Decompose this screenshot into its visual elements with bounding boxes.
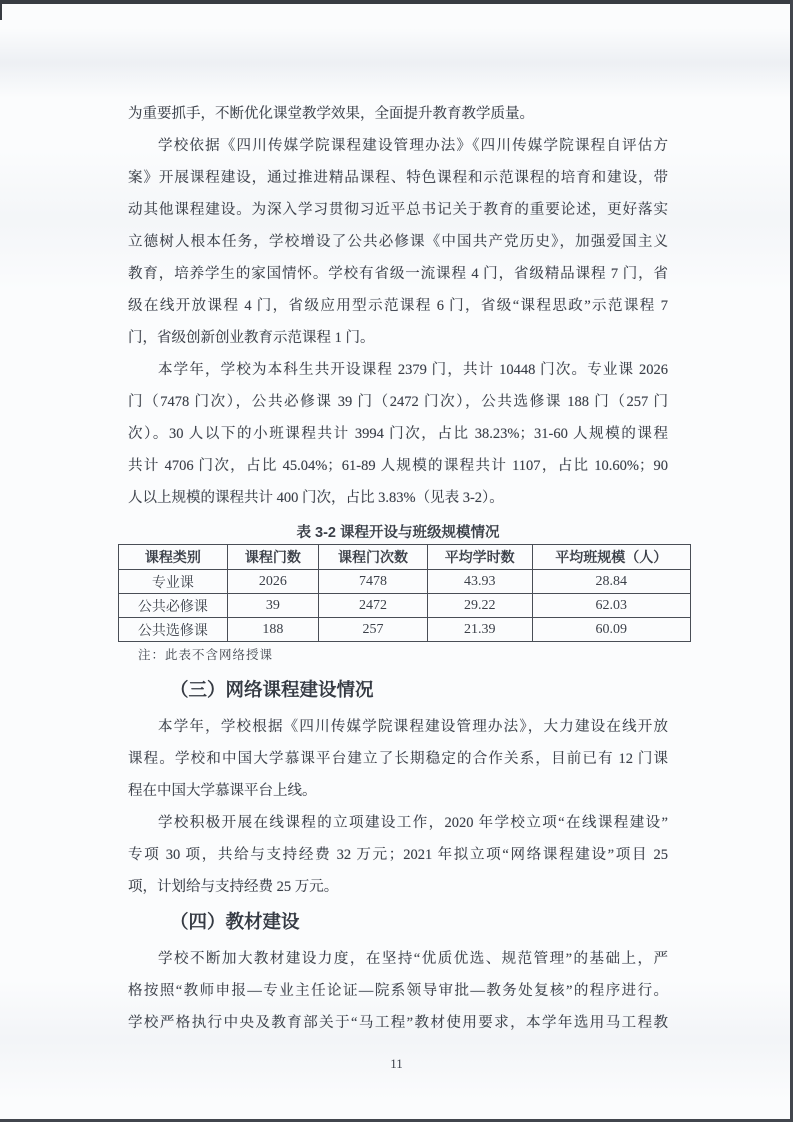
paragraph-line: 教育，培养学生的家国情怀。学校有省级一流课程 4 门，省级精品课程 7 门，省 (128, 258, 668, 290)
paragraph-line: 人以上规模的课程共计 400 门次，占比 3.83%（见表 3-2）。 (128, 482, 668, 514)
table-row: 公共选修课 188 257 21.39 60.09 (119, 618, 691, 642)
page-number: 11 (0, 1056, 793, 1072)
table-cell: 公共选修课 (119, 618, 228, 642)
table-cell: 43.93 (427, 570, 532, 594)
paragraph-line: 专项 30 项，共给与支持经费 32 万元；2021 年拟立项“网络课程建设”项… (128, 839, 668, 871)
table-row: 公共必修课 39 2472 29.22 62.03 (119, 594, 691, 618)
paragraph-line: 立德树人根本任务，学校增设了公共必修课《中国共产党历史》，加强爱国主义 (128, 226, 668, 258)
scanned-page-background: { "document": { "page_number": "11", "bo… (0, 0, 793, 1122)
table-header-cell: 平均学时数 (427, 545, 532, 570)
section-heading-network-courses: （三）网络课程建设情况 (128, 677, 668, 703)
table-header-cell: 课程门数 (227, 545, 319, 570)
paragraph-line: 学校积极开展在线课程的立项建设工作，2020 年学校立项“在线课程建设” (128, 807, 668, 839)
table-row: 专业课 2026 7478 43.93 28.84 (119, 570, 691, 594)
table-cell: 60.09 (532, 618, 690, 642)
table-cell: 2472 (319, 594, 428, 618)
table-caption: 表 3-2 课程开设与班级规模情况 (128, 522, 668, 544)
table-cell: 39 (227, 594, 319, 618)
scan-edge-left (0, 0, 2, 20)
paragraph-line: 案》开展课程建设，通过推进精品课程、特色课程和示范课程的培育和建设，带 (128, 162, 668, 194)
paragraph-line: 门，省级创新创业教育示范课程 1 门。 (128, 322, 668, 354)
paragraph-line: 为重要抓手，不断优化课堂教学效果，全面提升教育教学质量。 (128, 98, 668, 130)
table-cell: 29.22 (427, 594, 532, 618)
paragraph-line: 课程。学校和中国大学慕课平台建立了长期稳定的合作关系，目前已有 12 门课 (128, 743, 668, 775)
course-scale-table: 课程类别 课程门数 课程门次数 平均学时数 平均班规模（人） 专业课 2026 … (118, 544, 691, 642)
table-cell: 公共必修课 (119, 594, 228, 618)
table-header-cell: 平均班规模（人） (532, 545, 690, 570)
paragraph-line: 学校严格执行中央及教育部关于“马工程”教材使用要求，本学年选用马工程教 (128, 1007, 668, 1039)
paragraph-line: 动其他课程建设。为深入学习贯彻习近平总书记关于教育的重要论述，更好落实 (128, 194, 668, 226)
table-cell: 21.39 (427, 618, 532, 642)
scan-edge-top (0, 0, 793, 4)
table-cell: 188 (227, 618, 319, 642)
paragraph-line: 学校依据《四川传媒学院课程建设管理办法》《四川传媒学院课程自评估方 (128, 130, 668, 162)
table-header-cell: 课程门次数 (319, 545, 428, 570)
paragraph-line: 本学年，学校为本科生共开设课程 2379 门，共计 10448 门次。专业课 2… (128, 354, 668, 386)
table-cell: 62.03 (532, 594, 690, 618)
paragraph-line: 次）。30 人以下的小班课程共计 3994 门次，占比 38.23%；31-60… (128, 418, 668, 450)
paragraph-line: 学校不断加大教材建设力度，在坚持“优质优选、规范管理”的基础上，严 (128, 943, 668, 975)
table-note: 注：此表不含网络授课 (138, 647, 668, 664)
table-cell: 7478 (319, 570, 428, 594)
table-cell: 专业课 (119, 570, 228, 594)
paragraph-line: 程在中国大学慕课平台上线。 (128, 775, 668, 807)
table-cell: 28.84 (532, 570, 690, 594)
table-cell: 2026 (227, 570, 319, 594)
table-header-cell: 课程类别 (119, 545, 228, 570)
table-cell: 257 (319, 618, 428, 642)
section-heading-textbooks: （四）教材建设 (128, 909, 668, 935)
paragraph-line: 本学年，学校根据《四川传媒学院课程建设管理办法》，大力建设在线开放 (128, 711, 668, 743)
paragraph-line: 门（7478 门次），公共必修课 39 门（2472 门次），公共选修课 188… (128, 386, 668, 418)
paragraph-line: 共计 4706 门次，占比 45.04%；61-89 人规模的课程共计 1107… (128, 450, 668, 482)
paragraph-line: 级在线开放课程 4 门，省级应用型示范课程 6 门，省级“课程思政”示范课程 7 (128, 290, 668, 322)
table-header-row: 课程类别 课程门数 课程门次数 平均学时数 平均班规模（人） (119, 545, 691, 570)
document-page: 为重要抓手，不断优化课堂教学效果，全面提升教育教学质量。 学校依据《四川传媒学院… (0, 0, 793, 1122)
paragraph-line: 格按照“教师申报—专业主任论证—院系领导审批—教务处复核”的程序进行。 (128, 975, 668, 1007)
paragraph-line: 项，计划给与支持经费 25 万元。 (128, 871, 668, 903)
